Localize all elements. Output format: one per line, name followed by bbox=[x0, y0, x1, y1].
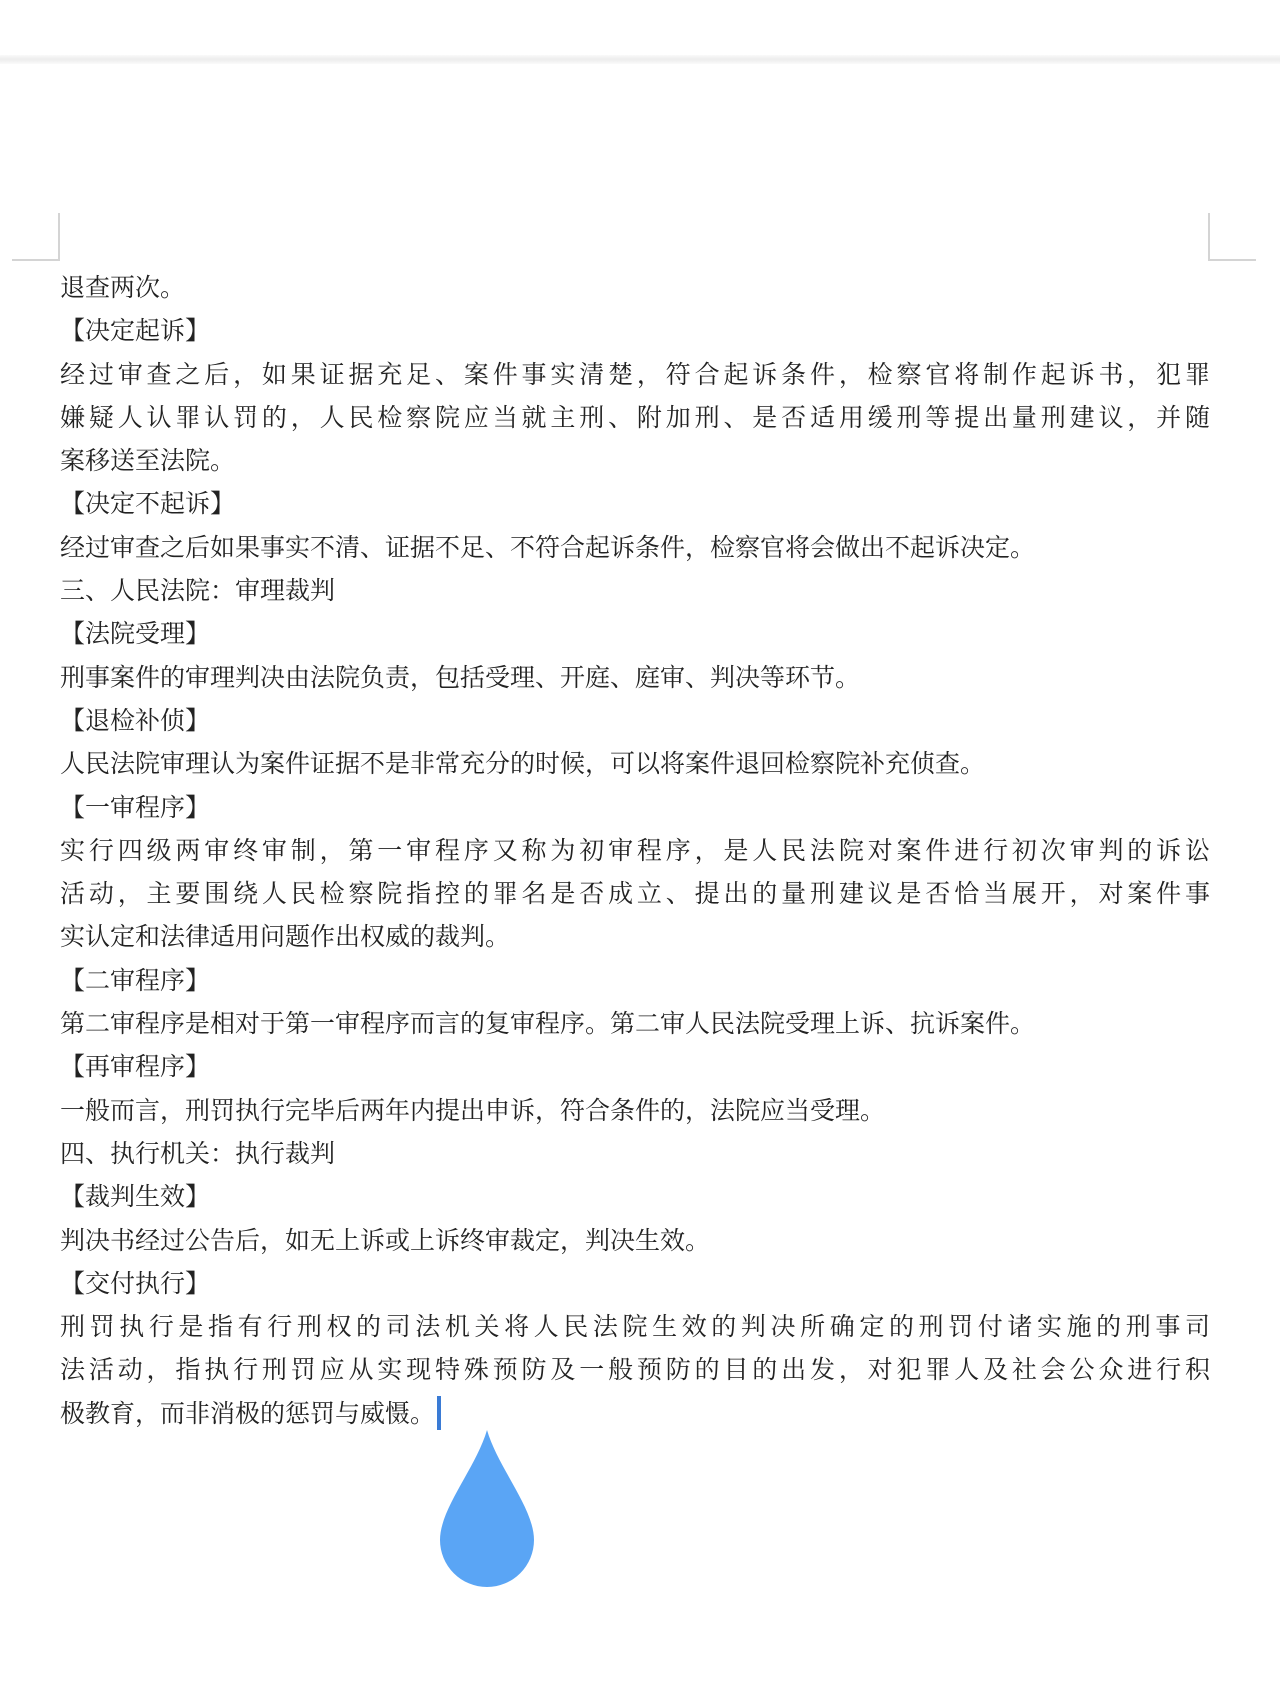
subheading-first-instance: 【一审程序】 bbox=[60, 786, 1210, 829]
page-top-edge bbox=[0, 55, 1280, 64]
subheading-delivery-execution: 【交付执行】 bbox=[60, 1262, 1210, 1305]
subheading-decide-prosecute: 【决定起诉】 bbox=[60, 309, 1210, 352]
body-line: 第二审程序是相对于第一审程序而言的复审程序。第二审人民法院受理上诉、抗诉案件。 bbox=[60, 1002, 1210, 1045]
subheading-court-acceptance: 【法院受理】 bbox=[60, 612, 1210, 655]
margin-corner-top-right-icon bbox=[1208, 213, 1256, 261]
subheading-second-instance: 【二审程序】 bbox=[60, 959, 1210, 1002]
subheading-retrial: 【再审程序】 bbox=[60, 1045, 1210, 1088]
section-heading-execution: 四、执行机关：执行裁判 bbox=[60, 1132, 1210, 1175]
body-line: 法活动，指执行刑罚应从实现特殊预防及一般预防的目的出发，对犯罪人及社会公众进行积 bbox=[60, 1348, 1210, 1391]
body-line: 案移送至法院。 bbox=[60, 439, 1210, 482]
subheading-decide-not-prosecute: 【决定不起诉】 bbox=[60, 482, 1210, 525]
body-line: 退查两次。 bbox=[60, 266, 1210, 309]
body-line: 活动，主要围绕人民检察院指控的罪名是否成立、提出的量刑建议是否恰当展开，对案件事 bbox=[60, 872, 1210, 915]
teardrop-selection-handle-icon[interactable] bbox=[438, 1428, 536, 1588]
body-line: 经过审查之后如果事实不清、证据不足、不符合起诉条件，检察官将会做出不起诉决定。 bbox=[60, 526, 1210, 569]
body-line-text: 极教育，而非消极的惩罚与威慑。 bbox=[60, 1399, 435, 1428]
body-line: 人民法院审理认为案件证据不是非常充分的时候，可以将案件退回检察院补充侦查。 bbox=[60, 742, 1210, 785]
body-line: 一般而言，刑罚执行完毕后两年内提出申诉，符合条件的，法院应当受理。 bbox=[60, 1089, 1210, 1132]
body-line: 经过审查之后，如果证据充足、案件事实清楚，符合起诉条件，检察官将制作起诉书，犯罪 bbox=[60, 353, 1210, 396]
subheading-return-investigation: 【退检补侦】 bbox=[60, 699, 1210, 742]
body-line: 刑罚执行是指有行刑权的司法机关将人民法院生效的判决所确定的刑罚付诸实施的刑事司 bbox=[60, 1305, 1210, 1348]
section-heading-court: 三、人民法院：审理裁判 bbox=[60, 569, 1210, 612]
body-line-last: 极教育，而非消极的惩罚与威慑。 bbox=[60, 1392, 1210, 1435]
margin-corner-top-left-icon bbox=[12, 213, 60, 261]
body-line: 嫌疑人认罪认罚的，人民检察院应当就主刑、附加刑、是否适用缓刑等提出量刑建议，并随 bbox=[60, 396, 1210, 439]
body-line: 判决书经过公告后，如无上诉或上诉终审裁定，判决生效。 bbox=[60, 1219, 1210, 1262]
body-line: 实认定和法律适用问题作出权威的裁判。 bbox=[60, 915, 1210, 958]
document-body[interactable]: 退查两次。 【决定起诉】 经过审查之后，如果证据充足、案件事实清楚，符合起诉条件… bbox=[60, 266, 1210, 1435]
subheading-judgment-effective: 【裁判生效】 bbox=[60, 1175, 1210, 1218]
body-line: 实行四级两审终审制，第一审程序又称为初审程序，是人民法院对案件进行初次审判的诉讼 bbox=[60, 829, 1210, 872]
body-line: 刑事案件的审理判决由法院负责，包括受理、开庭、庭审、判决等环节。 bbox=[60, 656, 1210, 699]
text-cursor bbox=[437, 1396, 441, 1430]
